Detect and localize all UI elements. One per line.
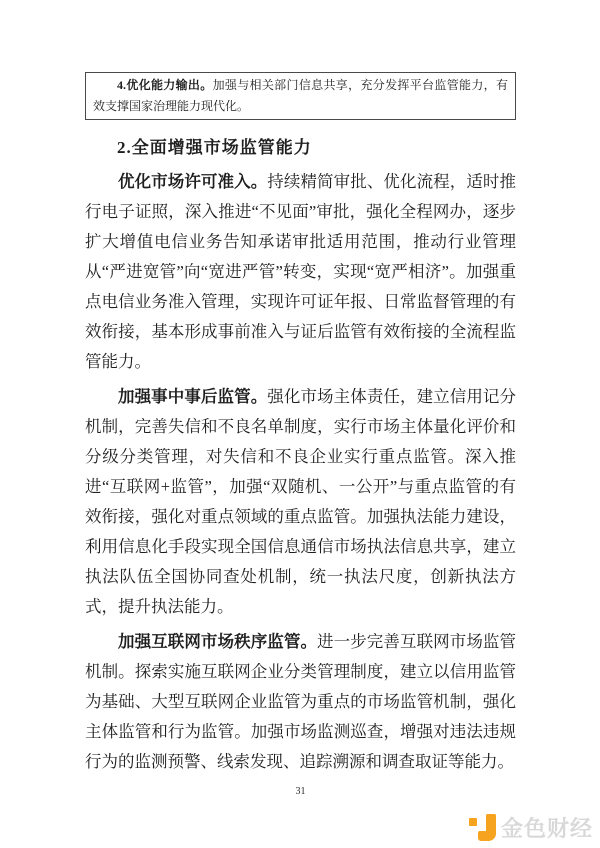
paragraph-internet-market-order: 加强互联网市场秩序监管。进一步完善互联网市场监管机制。探索实施互联网企业分类管理… (85, 627, 516, 777)
logo-base-shape (478, 831, 496, 841)
page-content: 4.优化能力输出。加强与相关部门信息共享，充分发挥平台监管能力，有效支撑国家治理… (85, 72, 516, 777)
section-heading: 2.全面增强市场监管能力 (85, 134, 516, 162)
watermark-jinse-finance: 金色财经 (469, 812, 593, 843)
logo-dot-shape (469, 818, 477, 826)
paragraph-body: 进一步完善互联网市场监管机制。探索实施互联网企业分类管理制度，建立以信用监管为基… (85, 632, 516, 771)
document-page: 4.优化能力输出。加强与相关部门信息共享，充分发挥平台监管能力，有效支撑国家治理… (0, 0, 600, 848)
paragraph-lead: 优化市场许可准入。 (118, 172, 267, 191)
watermark-brand-text: 金色财经 (501, 812, 593, 843)
jinse-finance-logo-icon (469, 814, 496, 841)
paragraph-body: 强化市场主体责任，建立信用记分机制，完善失信和不良名单制度，实行市场主体量化评价… (85, 387, 516, 616)
paragraph-body: 持续精简审批、优化流程，适时推行电子证照，深入推进“不见面”审批，强化全程网办，… (85, 172, 516, 371)
paragraph-lead: 加强事中事后监管。 (118, 387, 267, 406)
paragraph-lead: 加强互联网市场秩序监管。 (118, 632, 317, 651)
paragraph-market-access: 优化市场许可准入。持续精简审批、优化流程，适时推行电子证照，深入推进“不见面”审… (85, 167, 516, 377)
page-number: 31 (85, 786, 516, 797)
paragraph-in-after-supervision: 加强事中事后监管。强化市场主体责任，建立信用记分机制，完善失信和不良名单制度，实… (85, 382, 516, 622)
note-box: 4.优化能力输出。加强与相关部门信息共享，充分发挥平台监管能力，有效支撑国家治理… (85, 72, 516, 120)
note-box-lead: 4.优化能力输出。 (117, 78, 213, 92)
